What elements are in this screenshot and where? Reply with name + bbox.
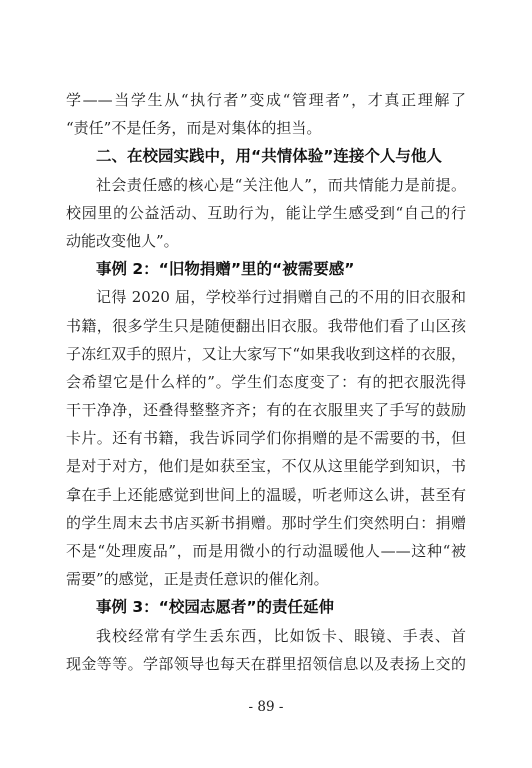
text-line: 是对于对方，他们是如获至宝，不仅从这里能学到知识，书 xyxy=(66,452,466,480)
text-line: 现金等等。学部领导也每天在群里招领信息以及表扬上交的 xyxy=(66,650,466,678)
document-page: 学——当学生从“执行者”变成“管理者”，才真正理解了“责任”不是任务，而是对集体… xyxy=(0,0,532,768)
text-line: 社会责任感的核心是“关注他人”，而共情能力是前提。 xyxy=(66,171,466,199)
text-line: 需要”的感觉，正是责任意识的催化剂。 xyxy=(66,565,466,593)
section-heading: 二、在校园实践中，用“共情体验”连接个人与他人 xyxy=(66,142,466,170)
text-line: 会希望它是什么样的”。学生们态度变了：有的把衣服洗得 xyxy=(66,368,466,396)
text-block: 学——当学生从“执行者”变成“管理者”，才真正理解了“责任”不是任务，而是对集体… xyxy=(66,86,466,678)
text-line: 校园里的公益活动、互助行为，能让学生感受到“自己的行 xyxy=(66,199,466,227)
text-line: 书籍，很多学生只是随便翻出旧衣服。我带他们看了山区孩 xyxy=(66,312,466,340)
text-line: 卡片。还有书籍，我告诉同学们你捐赠的是不需要的书，但 xyxy=(66,424,466,452)
text-line: “责任”不是任务，而是对集体的担当。 xyxy=(66,114,466,142)
text-line: 干干净净，还叠得整整齐齐；有的在衣服里夹了手写的鼓励 xyxy=(66,396,466,424)
text-line: 的学生周末去书店买新书捐赠。那时学生们突然明白：捐赠 xyxy=(66,509,466,537)
text-line: 动能改变他人”。 xyxy=(66,227,466,255)
section-heading: 事例 3：“校园志愿者”的责任延伸 xyxy=(66,593,466,621)
text-line: 拿在手上还能感觉到世间上的温暖，听老师这么讲，甚至有 xyxy=(66,481,466,509)
section-heading: 事例 2：“旧物捐赠”里的“被需要感” xyxy=(66,255,466,283)
text-line: 学——当学生从“执行者”变成“管理者”，才真正理解了 xyxy=(66,86,466,114)
text-line: 我校经常有学生丢东西，比如饭卡、眼镜、手表、首饰、 xyxy=(66,622,466,650)
page-number: - 89 - xyxy=(249,699,284,715)
text-line: 子冻红双手的照片，又让大家写下“如果我收到这样的衣服， xyxy=(66,340,466,368)
text-line: 不是“处理废品”，而是用微小的行动温暖他人——这种“被 xyxy=(66,537,466,565)
page-footer: - 89 - xyxy=(0,696,532,715)
text-line: 记得 2020 届，学校举行过捐赠自己的不用的旧衣服和 xyxy=(66,283,466,311)
